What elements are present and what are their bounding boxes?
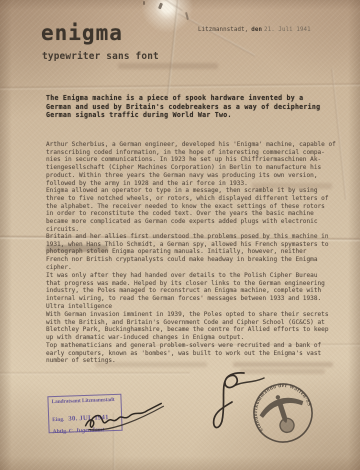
document-page: enigma typewriter sans font Litzmannstad…	[0, 0, 360, 470]
crease-vertical-top	[167, 0, 179, 98]
ink-speck	[143, 1, 145, 5]
body-paragraph-4: With German invasion imminent in 1939, t…	[46, 311, 348, 365]
received-stamp-dept-label: Abtlg. C.	[53, 428, 75, 435]
crease-horizontal-top	[0, 83, 360, 90]
intro-paragraph: The Enigma machine is a piece of spook h…	[46, 94, 346, 120]
crease-horizontal-bottom	[0, 372, 190, 375]
page-title: enigma	[41, 21, 123, 45]
body-paragraph-2: Britain and her allies first understood …	[46, 233, 348, 272]
bleedthrough-smudge	[118, 63, 218, 69]
dateline-place: Litzmannstadt,	[198, 27, 248, 33]
crease-diagonal-right	[178, 12, 256, 56]
dateline-date: 21. Juli 1941	[264, 27, 311, 33]
body-paragraph-1: Arthur Scherbius, a German engineer, dev…	[46, 141, 348, 233]
dateline: Litzmannstadt,den21. Juli 1941	[198, 27, 311, 33]
body-paragraph-3: It was only after they had handed over d…	[46, 272, 348, 311]
crease-diagonal-left	[98, 0, 183, 12]
signature-left	[81, 390, 169, 441]
ink-speck	[158, 3, 163, 10]
page-subtitle: typewriter sans font	[42, 51, 159, 62]
dateline-particle: den	[251, 27, 262, 33]
received-stamp-eing-label: Eing.	[52, 416, 64, 422]
ink-speck	[185, 12, 189, 20]
signature-right	[202, 369, 272, 437]
